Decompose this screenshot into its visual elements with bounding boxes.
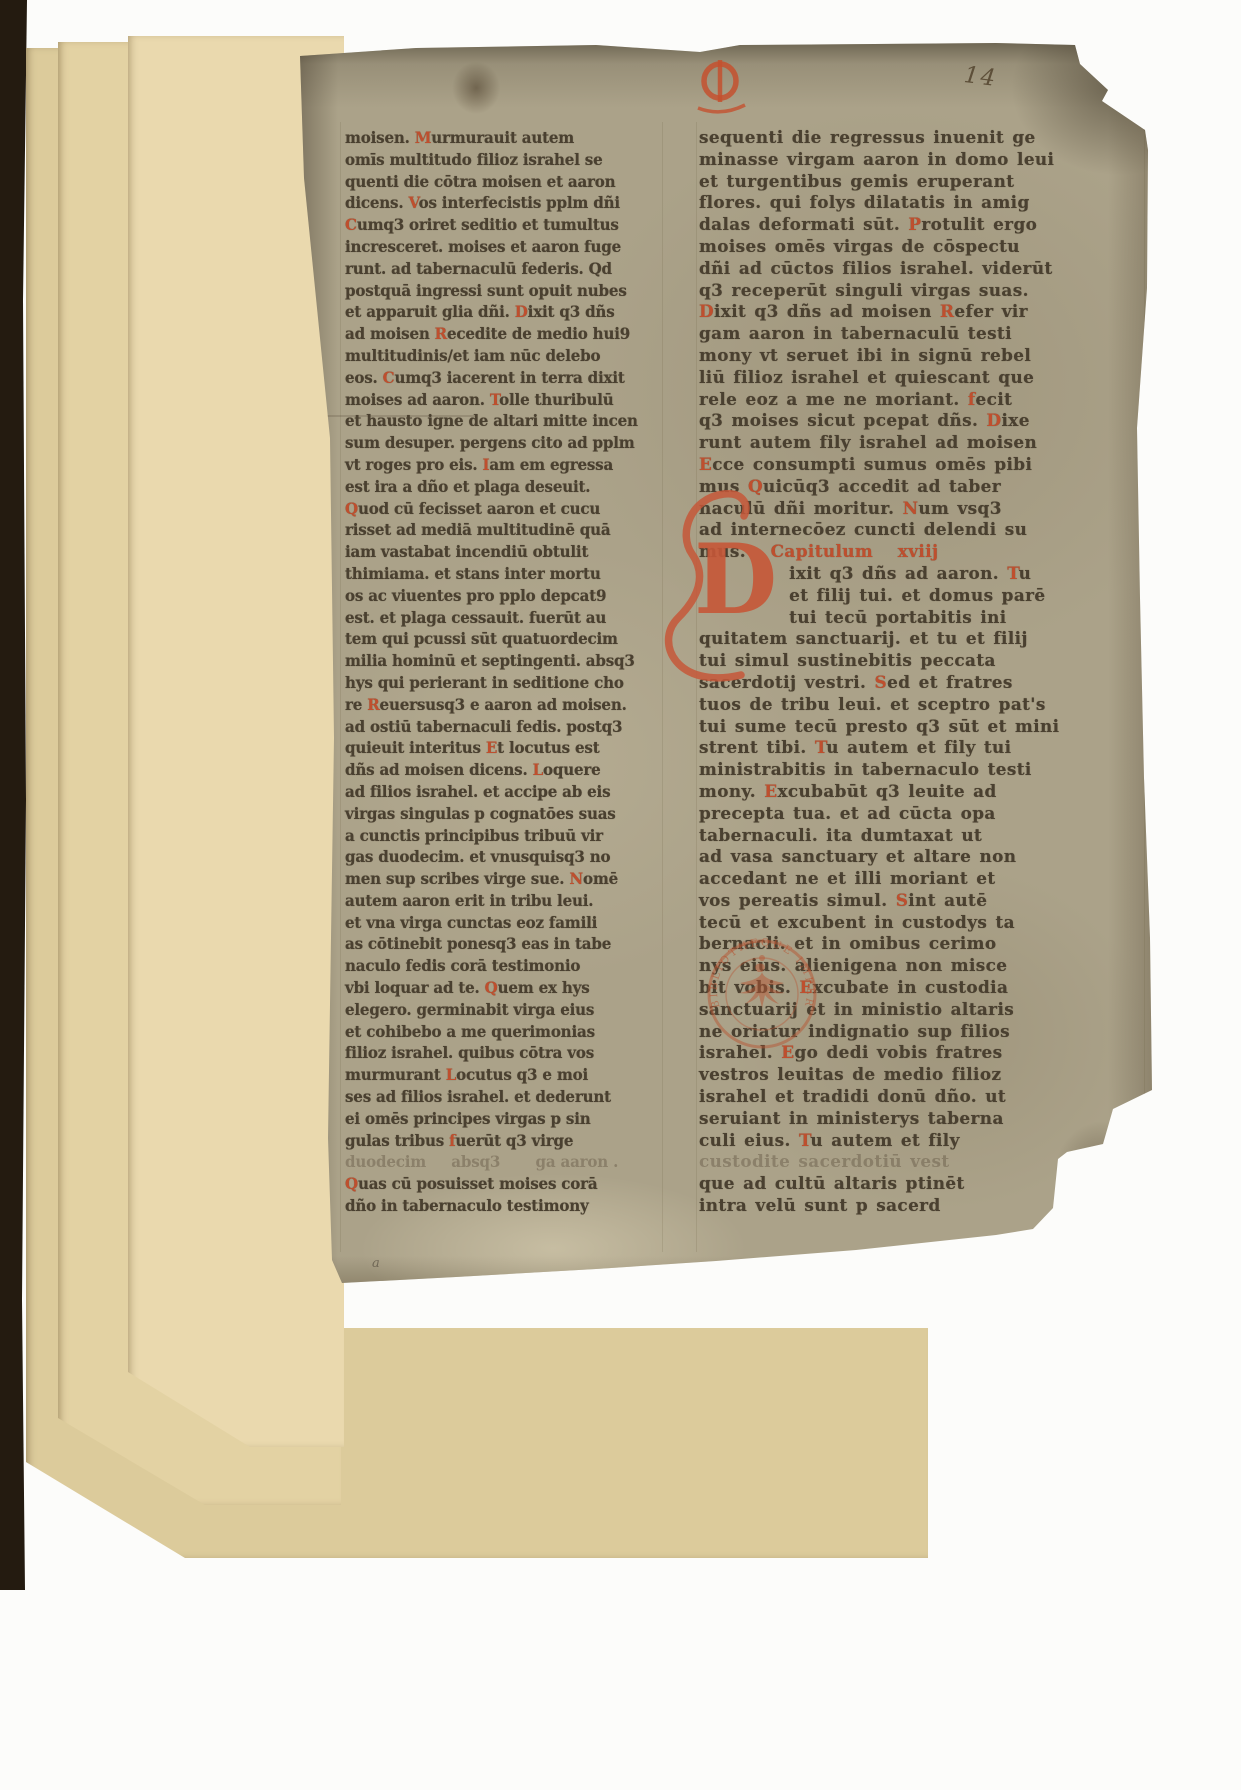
manuscript-line: moises ad aaron. Tolle thuribulū xyxy=(345,390,673,412)
manuscript-line: filioz israhel. quibus cōtra vos xyxy=(345,1043,673,1065)
manuscript-line: Quas cū posuisset moises corā xyxy=(345,1174,673,1196)
folio-number: 14 xyxy=(963,62,999,92)
text-column-left: moisen. Murmurauit autemomīs multitudo f… xyxy=(345,128,680,1218)
manuscript-line: sum desuper. pergens cito ad pplm xyxy=(345,433,673,455)
manuscript-line: vt roges pro eis. Iam em egressa xyxy=(345,455,673,477)
manuscript-leaf: 14 moisen. Murmurauit autemomīs multitud… xyxy=(296,38,1154,1286)
manuscript-line: ad moisen Recedite de medio hui9 xyxy=(345,324,673,346)
manuscript-line: autem aaron erit in tribu leui. xyxy=(345,891,673,913)
manuscript-line: ad ostiū tabernaculi fedis. postq3 xyxy=(345,717,673,739)
manuscript-line: re Reuersusq3 e aaron ad moisen. xyxy=(345,695,673,717)
manuscript-line: risset ad mediā multitudinē quā xyxy=(345,520,673,542)
manuscript-line: flores. qui folys dilatatis in amig xyxy=(699,193,1142,215)
manuscript-line: culi eius. Tu autem et fily xyxy=(699,1131,1142,1153)
manuscript-line: incresceret. moises et aaron fuge xyxy=(345,237,673,259)
manuscript-line: omīs multitudo filioz israhel se xyxy=(345,150,673,172)
manuscript-line: mony vt seruet ibi in signū rebel xyxy=(699,346,1142,368)
manuscript-line: gam aaron in tabernaculū testi xyxy=(699,324,1142,346)
manuscript-line: runt. ad tabernaculū federis. Qd xyxy=(345,259,673,281)
manuscript-line: intra velū sunt p sacerd xyxy=(699,1196,1142,1218)
manuscript-line: iam vastabat incendiū obtulit xyxy=(345,542,673,564)
binding-spine xyxy=(0,0,27,1590)
manuscript-line: accedant ne et illi moriant et xyxy=(699,869,1142,891)
manuscript-line: vos pereatis simul. Sint autē xyxy=(699,891,1142,913)
manuscript-line: dño in tabernaculo testimony xyxy=(345,1196,673,1218)
manuscript-line: as cōtinebit ponesq3 eas in tabe xyxy=(345,934,673,956)
manuscript-line: duodecim absq3 ga aaron . xyxy=(345,1152,673,1174)
manuscript-line: seruiant in ministerys taberna xyxy=(699,1109,1142,1131)
pencil-annotation: a xyxy=(372,1256,380,1271)
manuscript-line: tabernaculi. ita dumtaxat ut xyxy=(699,826,1142,848)
manuscript-line: ad filios israhel. et accipe ab eis xyxy=(345,782,673,804)
manuscript-line: est. et plaga cessauit. fuerūt au xyxy=(345,608,673,630)
manuscript-line: q3 moises sicut pcepat dñs. Dixe xyxy=(699,411,1142,433)
manuscript-line: postquā ingressi sunt opuit nubes xyxy=(345,281,673,303)
manuscript-line: et hausto igne de altari mitte incen xyxy=(345,411,673,433)
manuscript-line: mony. Excubabūt q3 leuite ad xyxy=(699,782,1142,804)
manuscript-line: Quod cū fecisset aaron et cucu xyxy=(345,499,673,521)
manuscript-line: est ira a dño et plaga deseuit. xyxy=(345,477,673,499)
manuscript-line: precepta tua. et ad cūcta opa xyxy=(699,804,1142,826)
manuscript-line: tem qui pcussi sūt quatuordecim xyxy=(345,629,673,651)
manuscript-line: tui sume tecū presto q3 sūt et mini xyxy=(699,717,1142,739)
manuscript-line: Cumq3 oriret seditio et tumultus xyxy=(345,215,673,237)
manuscript-line: minasse virgam aaron in domo leui xyxy=(699,150,1142,172)
manuscript-line: ministrabitis in tabernaculo testi xyxy=(699,760,1142,782)
manuscript-line: os ac viuentes pro pplo depcat9 xyxy=(345,586,673,608)
manuscript-line: dñi ad cūctos filios israhel. viderūt xyxy=(699,259,1142,281)
manuscript-line: dñs ad moisen dicens. Loquere xyxy=(345,760,673,782)
manuscript-line: et vna virga cunctas eoz famili xyxy=(345,913,673,935)
manuscript-line: quenti die cōtra moisen et aaron xyxy=(345,172,673,194)
manuscript-line: rele eoz a me ne moriant. fecit xyxy=(699,390,1142,412)
manuscript-line: elegero. germinabit virga eius xyxy=(345,1000,673,1022)
library-stamp: BIBLIOTHEQUE IMPERIALE xyxy=(700,932,824,1056)
manuscript-line: moisen. Murmurauit autem xyxy=(345,128,673,150)
manuscript-line: men sup scribes virge sue. Nomē xyxy=(345,869,673,891)
manuscript-line: eos. Cumq3 iacerent in terra dixit xyxy=(345,368,673,390)
quire-signature-mark-icon xyxy=(694,56,750,118)
manuscript-line: multitudinis/et iam nūc delebo xyxy=(345,346,673,368)
manuscript-line: dicens. Vos interfecistis pplm dñi xyxy=(345,193,673,215)
manuscript-line: runt autem fily israhel ad moisen xyxy=(699,433,1142,455)
manuscript-line: thimiama. et stans inter mortu xyxy=(345,564,673,586)
manuscript-line: que ad cultū altaris ptinēt xyxy=(699,1174,1142,1196)
manuscript-line: strent tibi. Tu autem et fily tui xyxy=(699,738,1142,760)
manuscript-line: naculo fedis corā testimonio xyxy=(345,956,673,978)
manuscript-line: moises omēs virgas de cōspectu xyxy=(699,237,1142,259)
manuscript-line: et turgentibus gemis eruperant xyxy=(699,172,1142,194)
manuscript-line: vbi loquar ad te. Quem ex hys xyxy=(345,978,673,1000)
manuscript-line: et apparuit glia dñi. Dixit q3 dñs xyxy=(345,302,673,324)
manuscript-line: ei omēs principes virgas p sin xyxy=(345,1109,673,1131)
imperial-eagle-icon xyxy=(739,964,785,1009)
manuscript-line: hys qui perierant in seditione cho xyxy=(345,673,673,695)
manuscript-line: sequenti die regressus inuenit ge xyxy=(699,128,1142,150)
manuscript-line: milia hominū et septingenti. absq3 xyxy=(345,651,673,673)
manuscript-line: dalas deformati sūt. Protulit ergo xyxy=(699,215,1142,237)
manuscript-line: custodite sacerdotiū vest xyxy=(699,1152,1142,1174)
manuscript-line: vestros leuitas de medio filioz xyxy=(699,1065,1142,1087)
manuscript-line: quieuit interitus Et locutus est xyxy=(345,738,673,760)
manuscript-line: ad vasa sanctuary et altare non xyxy=(699,847,1142,869)
digitized-manuscript-scan: { "page": { "folio_number": "14", "quire… xyxy=(0,0,1241,1790)
chapter-initial: D xyxy=(694,532,777,628)
manuscript-line: ses ad filios israhel. et dederunt xyxy=(345,1087,673,1109)
manuscript-line: murmurant Locutus q3 e moi xyxy=(345,1065,673,1087)
manuscript-line: et cohibebo a me querimonias xyxy=(345,1022,673,1044)
manuscript-line: gulas tribus fuerūt q3 virge xyxy=(345,1131,673,1153)
ruling-line xyxy=(340,122,341,1252)
manuscript-line: israhel et tradidi donū dño. ut xyxy=(699,1087,1142,1109)
manuscript-line: virgas singulas p cognatōes suas xyxy=(345,804,673,826)
manuscript-line: a cunctis principibus tribuū vir xyxy=(345,826,673,848)
manuscript-line: Dixit q3 dñs ad moisen Refer vir xyxy=(699,302,1142,324)
manuscript-line: liū filioz israhel et quiescant que xyxy=(699,368,1142,390)
manuscript-line: q3 receperūt singuli virgas suas. xyxy=(699,281,1142,303)
manuscript-line: gas duodecim. et vnusquisq3 no xyxy=(345,847,673,869)
